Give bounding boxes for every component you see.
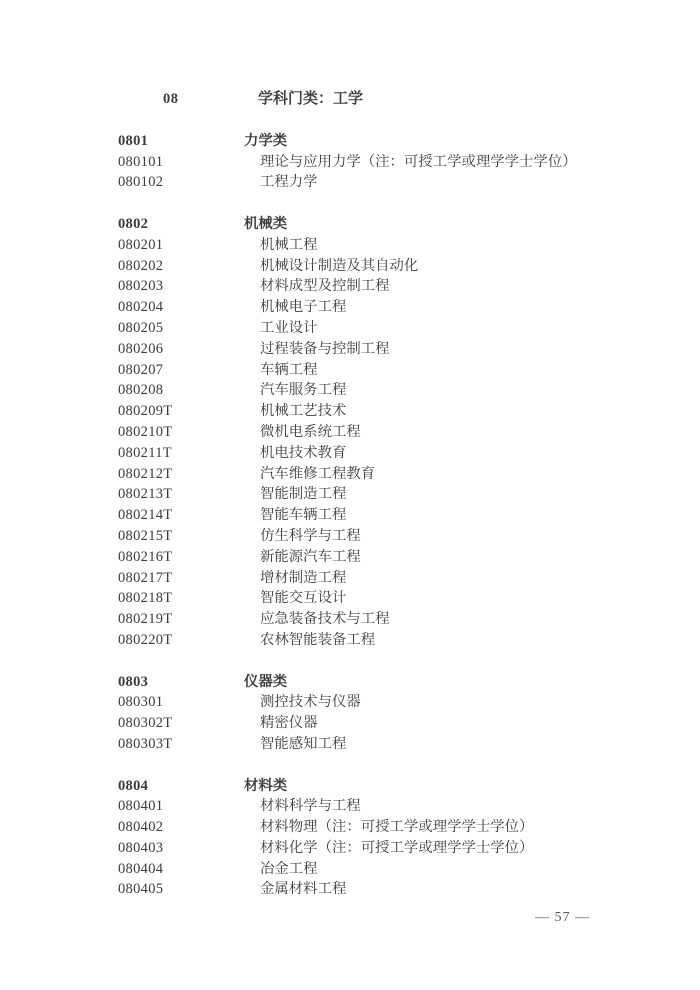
discipline-section: 0803仪器类080301测控技术与仪器080302T精密仪器080303T智能… — [0, 672, 700, 755]
major-name: 冶金工程 — [244, 859, 318, 880]
major-code: 080404 — [118, 859, 244, 880]
table-row: 080202机械设计制造及其自动化 — [0, 256, 700, 277]
table-row: 080102工程力学 — [0, 172, 700, 193]
table-row: 080405金属材料工程 — [0, 879, 700, 900]
section-header-row: 0804材料类 — [0, 776, 700, 797]
discipline-section: 0802机械类080201机械工程080202机械设计制造及其自动化080203… — [0, 214, 700, 651]
major-name: 微机电系统工程 — [244, 422, 361, 443]
major-code: 080203 — [118, 276, 244, 297]
document-page: 08 学科门类：工学 0801力学类080101理论与应用力学（注：可授工学或理… — [0, 0, 700, 990]
sections-container: 0801力学类080101理论与应用力学（注：可授工学或理学学士学位）08010… — [0, 131, 700, 900]
table-row: 080206过程装备与控制工程 — [0, 339, 700, 360]
major-code: 080219T — [118, 609, 244, 630]
table-row: 080220T农林智能装备工程 — [0, 630, 700, 651]
major-code: 080214T — [118, 505, 244, 526]
section-name: 材料类 — [244, 776, 287, 797]
page-title: 学科门类：工学 — [258, 89, 363, 110]
table-row: 080303T智能感知工程 — [0, 734, 700, 755]
section-header-row: 0801力学类 — [0, 131, 700, 152]
major-name: 机械设计制造及其自动化 — [244, 256, 418, 277]
major-code: 080302T — [118, 713, 244, 734]
major-name: 农林智能装备工程 — [244, 630, 375, 651]
page-footer: — 57 — — [535, 910, 590, 926]
table-row: 080204机械电子工程 — [0, 297, 700, 318]
major-name: 智能交互设计 — [244, 588, 346, 609]
major-name: 应急装备技术与工程 — [244, 609, 390, 630]
major-name: 材料化学（注：可授工学或理学学士学位） — [244, 838, 533, 859]
discipline-category-code: 08 — [163, 89, 258, 110]
major-code: 080216T — [118, 547, 244, 568]
major-code: 080202 — [118, 256, 244, 277]
major-name: 智能车辆工程 — [244, 505, 346, 526]
major-code: 080402 — [118, 817, 244, 838]
table-row: 080101理论与应用力学（注：可授工学或理学学士学位） — [0, 152, 700, 173]
page-number: — 57 — — [535, 910, 590, 925]
major-code: 080213T — [118, 484, 244, 505]
major-name: 智能感知工程 — [244, 734, 346, 755]
major-code: 080206 — [118, 339, 244, 360]
major-name: 材料成型及控制工程 — [244, 276, 390, 297]
major-name: 汽车维修工程教育 — [244, 464, 375, 485]
table-row: 080404冶金工程 — [0, 859, 700, 880]
table-row: 080215T仿生科学与工程 — [0, 526, 700, 547]
section-name: 力学类 — [244, 131, 287, 152]
major-code: 080209T — [118, 401, 244, 422]
table-row: 080402材料物理（注：可授工学或理学学士学位） — [0, 817, 700, 838]
major-name: 过程装备与控制工程 — [244, 339, 390, 360]
major-name: 机械工艺技术 — [244, 401, 346, 422]
table-row: 080217T增材制造工程 — [0, 568, 700, 589]
major-name: 车辆工程 — [244, 360, 318, 381]
major-name: 增材制造工程 — [244, 568, 346, 589]
major-code: 080205 — [118, 318, 244, 339]
major-name: 新能源汽车工程 — [244, 547, 361, 568]
major-name: 测控技术与仪器 — [244, 692, 361, 713]
table-row: 080207车辆工程 — [0, 360, 700, 381]
table-row: 080211T机电技术教育 — [0, 443, 700, 464]
major-name: 汽车服务工程 — [244, 380, 346, 401]
major-code: 080401 — [118, 796, 244, 817]
table-row: 080302T精密仪器 — [0, 713, 700, 734]
discipline-section: 0804材料类080401材料科学与工程080402材料物理（注：可授工学或理学… — [0, 776, 700, 901]
major-name: 金属材料工程 — [244, 879, 346, 900]
major-code: 080102 — [118, 172, 244, 193]
major-code: 080204 — [118, 297, 244, 318]
table-row: 080205工业设计 — [0, 318, 700, 339]
table-row: 080214T智能车辆工程 — [0, 505, 700, 526]
major-name: 智能制造工程 — [244, 484, 346, 505]
section-code: 0804 — [118, 776, 244, 797]
major-code: 080212T — [118, 464, 244, 485]
section-header-row: 0802机械类 — [0, 214, 700, 235]
major-name: 精密仪器 — [244, 713, 318, 734]
major-code: 080403 — [118, 838, 244, 859]
major-name: 机械工程 — [244, 235, 318, 256]
major-code: 080208 — [118, 380, 244, 401]
discipline-section: 0801力学类080101理论与应用力学（注：可授工学或理学学士学位）08010… — [0, 131, 700, 193]
major-code: 080405 — [118, 879, 244, 900]
major-name: 工程力学 — [244, 172, 318, 193]
major-code: 080201 — [118, 235, 244, 256]
section-name: 仪器类 — [244, 672, 287, 693]
major-name: 材料物理（注：可授工学或理学学士学位） — [244, 817, 533, 838]
table-row: 080201机械工程 — [0, 235, 700, 256]
major-name: 理论与应用力学（注：可授工学或理学学士学位） — [244, 152, 577, 173]
major-name: 工业设计 — [244, 318, 318, 339]
table-row: 080203材料成型及控制工程 — [0, 276, 700, 297]
major-code: 080210T — [118, 422, 244, 443]
header-row: 08 学科门类：工学 — [0, 89, 700, 110]
document-header: 08 学科门类：工学 — [0, 0, 700, 110]
table-row: 080209T机械工艺技术 — [0, 401, 700, 422]
section-code: 0802 — [118, 214, 244, 235]
major-code: 080211T — [118, 443, 244, 464]
section-code: 0801 — [118, 131, 244, 152]
table-row: 080401材料科学与工程 — [0, 796, 700, 817]
section-header-row: 0803仪器类 — [0, 672, 700, 693]
major-name: 仿生科学与工程 — [244, 526, 361, 547]
major-code: 080207 — [118, 360, 244, 381]
major-code: 080301 — [118, 692, 244, 713]
major-name: 材料科学与工程 — [244, 796, 361, 817]
major-code: 080217T — [118, 568, 244, 589]
table-row: 080213T智能制造工程 — [0, 484, 700, 505]
table-row: 080218T智能交互设计 — [0, 588, 700, 609]
major-name: 机械电子工程 — [244, 297, 346, 318]
major-code: 080101 — [118, 152, 244, 173]
table-row: 080210T微机电系统工程 — [0, 422, 700, 443]
major-code: 080303T — [118, 734, 244, 755]
major-code: 080220T — [118, 630, 244, 651]
section-code: 0803 — [118, 672, 244, 693]
table-row: 080219T应急装备技术与工程 — [0, 609, 700, 630]
table-row: 080212T汽车维修工程教育 — [0, 464, 700, 485]
table-row: 080301测控技术与仪器 — [0, 692, 700, 713]
table-row: 080403材料化学（注：可授工学或理学学士学位） — [0, 838, 700, 859]
major-code: 080215T — [118, 526, 244, 547]
major-name: 机电技术教育 — [244, 443, 346, 464]
table-row: 080208汽车服务工程 — [0, 380, 700, 401]
major-code: 080218T — [118, 588, 244, 609]
table-row: 080216T新能源汽车工程 — [0, 547, 700, 568]
section-name: 机械类 — [244, 214, 287, 235]
